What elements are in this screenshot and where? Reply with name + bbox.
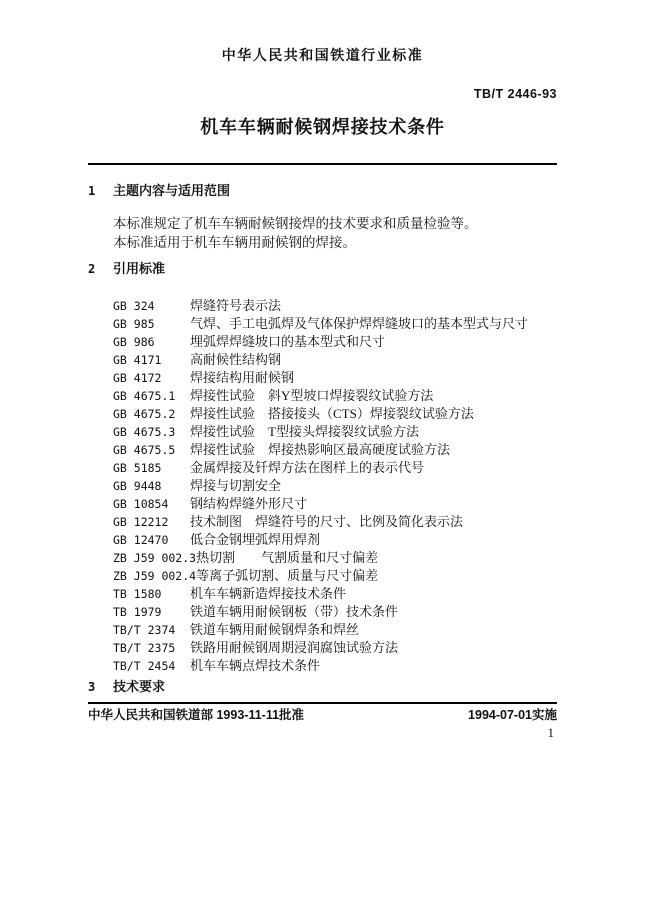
footer-divider-rule [88, 702, 557, 704]
document-title: 机车车辆耐候钢焊接技术条件 [88, 117, 557, 138]
reference-code: GB 4675.2 [113, 405, 190, 423]
reference-row: GB 4675.2焊接性试验 搭接接头（CTS）焊接裂纹试验方法 [113, 405, 557, 423]
reference-code: GB 9448 [113, 477, 190, 495]
reference-row: TB/T 2374铁道车辆用耐候钢焊条和焊丝 [113, 621, 557, 639]
reference-row: ZB J59 002.4等离子弧切割、质量与尺寸偏差 [113, 567, 557, 585]
reference-code: GB 4675.3 [113, 423, 190, 441]
reference-row: TB/T 2375铁路用耐候钢周期浸润腐蚀试验方法 [113, 639, 557, 657]
reference-code: GB 12470 [113, 531, 190, 549]
section-1-heading-text: 主题内容与适用范围 [113, 183, 230, 198]
reference-row: GB 324焊缝符号表示法 [113, 297, 557, 315]
reference-code: GB 4675.5 [113, 441, 190, 459]
reference-title: 气焊、手工电弧焊及气体保护焊焊缝坡口的基本型式与尺寸 [190, 315, 528, 333]
reference-row: TB/T 2454机车车辆点焊技术条件 [113, 657, 557, 675]
standard-document-page: 中华人民共和国铁道行业标准 TB/T 2446-93 机车车辆耐候钢焊接技术条件… [0, 0, 650, 919]
header-divider-rule [88, 163, 557, 165]
section-2-number: 2 [88, 261, 113, 277]
reference-title: 焊接性试验 搭接接头（CTS）焊接裂纹试验方法 [190, 405, 474, 423]
reference-row: GB 4675.3焊接性试验 T型接头焊接裂纹试验方法 [113, 423, 557, 441]
reference-code: TB/T 2374 [113, 621, 190, 639]
reference-row: GB 12470低合金钢埋弧焊用焊剂 [113, 531, 557, 549]
reference-title: 铁道车辆用耐候钢焊条和焊丝 [190, 621, 359, 639]
page-number: 1 [88, 725, 557, 740]
reference-row: GB 9448焊接与切割安全 [113, 477, 557, 495]
applicability-paragraph: 本标准适用于机车车辆用耐候钢的焊接。 [113, 234, 557, 253]
reference-title: 焊接结构用耐候钢 [190, 369, 294, 387]
reference-code: GB 5185 [113, 459, 190, 477]
reference-row: GB 4675.5焊接性试验 焊接热影响区最高硬度试验方法 [113, 441, 557, 459]
reference-code: GB 324 [113, 297, 190, 315]
reference-code: TB 1979 [113, 603, 190, 621]
reference-row: GB 985气焊、手工电弧焊及气体保护焊焊缝坡口的基本型式与尺寸 [113, 315, 557, 333]
reference-code: GB 4171 [113, 351, 190, 369]
reference-row: GB 986埋弧焊焊缝坡口的基本型式和尺寸 [113, 333, 557, 351]
reference-row: GB 4675.1焊接性试验 斜Y型坡口焊接裂纹试验方法 [113, 387, 557, 405]
reference-title: 机车车辆新造焊接技术条件 [190, 585, 346, 603]
page-content: 中华人民共和国铁道行业标准 TB/T 2446-93 机车车辆耐候钢焊接技术条件… [0, 0, 650, 740]
section-1-number: 1 [88, 183, 113, 199]
standard-number: TB/T 2446-93 [88, 87, 557, 101]
reference-row: GB 10854钢结构焊缝外形尺寸 [113, 495, 557, 513]
reference-row: GB 4171高耐候性结构钢 [113, 351, 557, 369]
reference-title: 埋弧焊焊缝坡口的基本型式和尺寸 [190, 333, 385, 351]
footer: 中华人民共和国铁道部 1993-11-11批准 1994-07-01实施 [88, 707, 557, 723]
reference-row: GB 5185金属焊接及钎焊方法在图样上的表示代号 [113, 459, 557, 477]
reference-title: 铁路用耐候钢周期浸润腐蚀试验方法 [190, 639, 398, 657]
scope-paragraph: 本标准规定了机车车辆耐候钢接焊的技术要求和质量检验等。 [113, 215, 557, 234]
section-3-heading-text: 技术要求 [113, 679, 165, 694]
reference-code: GB 985 [113, 315, 190, 333]
reference-row: TB 1979铁道车辆用耐候钢板（带）技术条件 [113, 603, 557, 621]
section-1-body: 本标准规定了机车车辆耐候钢接焊的技术要求和质量检验等。 本标准适用于机车车辆用耐… [88, 215, 557, 252]
reference-code: GB 4675.1 [113, 387, 190, 405]
section-3-number: 3 [88, 679, 113, 695]
reference-code: TB 1580 [113, 585, 190, 603]
reference-row: TB 1580机车车辆新造焊接技术条件 [113, 585, 557, 603]
implementation-date: 1994-07-01实施 [468, 707, 557, 723]
section-1-heading: 1主题内容与适用范围 [88, 183, 557, 199]
reference-title: 焊接性试验 T型接头焊接裂纹试验方法 [190, 423, 419, 441]
reference-title: 技术制图 焊缝符号的尺寸、比例及简化表示法 [190, 513, 463, 531]
reference-row: GB 12212技术制图 焊缝符号的尺寸、比例及简化表示法 [113, 513, 557, 531]
reference-title: 高耐候性结构钢 [190, 351, 281, 369]
reference-code: TB/T 2454 [113, 657, 190, 675]
reference-code: GB 10854 [113, 495, 190, 513]
reference-title: 焊接性试验 斜Y型坡口焊接裂纹试验方法 [190, 387, 433, 405]
section-3-heading: 3技术要求 [88, 679, 557, 695]
reference-title: 低合金钢埋弧焊用焊剂 [190, 531, 320, 549]
reference-title: 钢结构焊缝外形尺寸 [190, 495, 307, 513]
reference-title: 焊接性试验 焊接热影响区最高硬度试验方法 [190, 441, 450, 459]
reference-title: 铁道车辆用耐候钢板（带）技术条件 [190, 603, 398, 621]
reference-title: 热切割 气割质量和尺寸偏差 [196, 549, 378, 567]
reference-title: 金属焊接及钎焊方法在图样上的表示代号 [190, 459, 424, 477]
section-2-heading-text: 引用标准 [113, 261, 165, 276]
reference-title: 机车车辆点焊技术条件 [190, 657, 320, 675]
reference-code: ZB J59 002.4 [113, 567, 196, 585]
reference-code: GB 12212 [113, 513, 190, 531]
reference-title: 焊缝符号表示法 [190, 297, 281, 315]
reference-title: 焊接与切割安全 [190, 477, 281, 495]
standard-category-label: 中华人民共和国铁道行业标准 [88, 0, 557, 63]
reference-row: GB 4172焊接结构用耐候钢 [113, 369, 557, 387]
reference-code: ZB J59 002.3 [113, 549, 196, 567]
section-2-heading: 2引用标准 [88, 261, 557, 277]
reference-code: TB/T 2375 [113, 639, 190, 657]
reference-list: GB 324焊缝符号表示法GB 985气焊、手工电弧焊及气体保护焊焊缝坡口的基本… [88, 297, 557, 675]
reference-title: 等离子弧切割、质量与尺寸偏差 [196, 567, 378, 585]
reference-code: GB 986 [113, 333, 190, 351]
approval-statement: 中华人民共和国铁道部 1993-11-11批准 [88, 707, 304, 723]
reference-row: ZB J59 002.3热切割 气割质量和尺寸偏差 [113, 549, 557, 567]
reference-code: GB 4172 [113, 369, 190, 387]
